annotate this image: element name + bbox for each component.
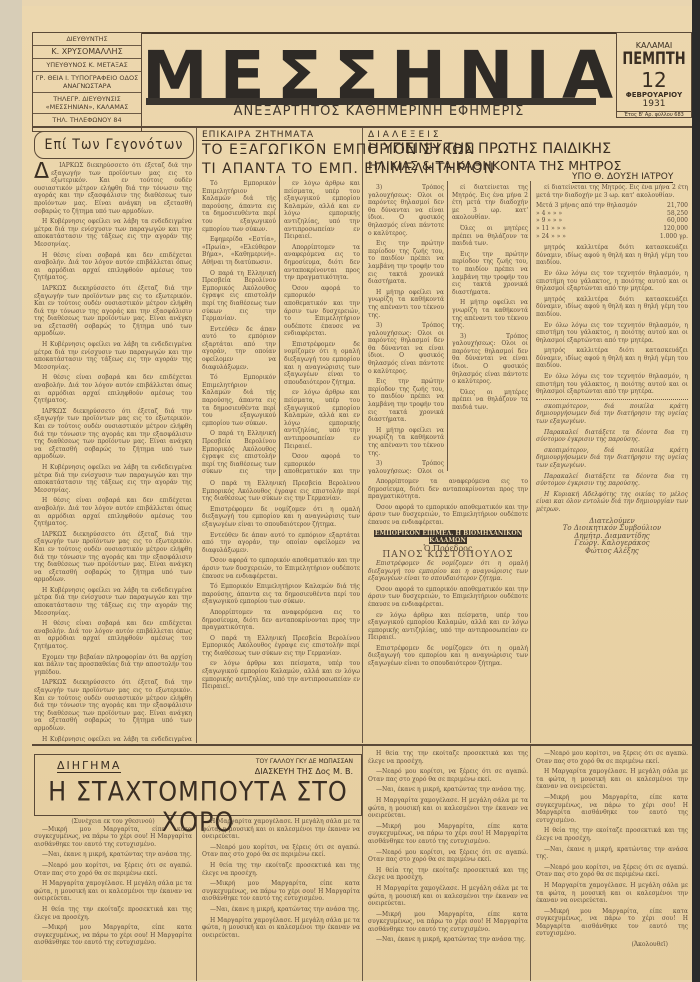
paragraph: Εν όλω λόγω εις τον τεχνητόν θηλασμόν, η…	[536, 270, 688, 293]
paragraph: ΙΑΡΚΩΣ διεκηρύσσετο ότι έξεταζ διά την ε…	[34, 531, 192, 584]
paragraph: Ο παρά τη Ελληνική Πρεσβεία Βερολίνου Εμ…	[202, 635, 360, 658]
story-author-credit: ΤΟΥ ΓΑΛΛΟΥ ΓΚΥ ΔΕ ΜΩΠΑΣΣΑΝ	[256, 758, 353, 765]
paragraph: Η μήτηρ οφείλει να γνωρίζη τα καθήκοντά …	[368, 289, 444, 319]
paragraph: —Μικρή μου Μαργαρίτα, είπε κατα συγκεχυμ…	[202, 880, 360, 903]
article-text-continued: Απορρίπτομεν τα αναφερόμενα εις το δημοσ…	[368, 478, 528, 743]
paragraph: Επιστρέφομεν δε νομίζομεν ότι η ομαλή δι…	[202, 506, 360, 529]
drop-cap: Δ	[34, 162, 49, 182]
paragraph: Η Κυριακή Αδελφότης της οικίας το μέλος …	[536, 491, 688, 514]
column-rule	[447, 181, 448, 471]
office-address: ΓΡ. ΘΕΙΑ Ι. ΤΥΠΟΓΡΑΦΕΙΟ ΟΔΟΣ ΑΝΑΓΝΩΣΤΑΡΑ	[33, 72, 141, 93]
date-box: ΚΑΛΑΜΑΙ ΠΕΜΠΤΗ 12 ΦΕΒΡΟΥΑΡΙΟΥ 1931 Έτος …	[616, 32, 692, 118]
column-1-article: Δ ΙΑΡΚΩΣ διεκηρύσσετο ότι έξεταζ διά την…	[34, 162, 192, 742]
director-name: Κ. ΧΡΥΣΟΜΑΛΛΗΣ	[33, 46, 141, 59]
column-rule	[279, 176, 280, 476]
story-text: Η Μαργαρίτα χαμογέλασε. Η μεγάλη σάλα με…	[202, 818, 360, 980]
paragraph: —Νεαρό μου κορίτσι, να ξέρεις ότι σε αγα…	[368, 849, 528, 864]
paragraph: Εις την πρώτην περίοδον της ζωής του, το…	[368, 378, 444, 424]
paragraph: Ο παρά τη Ελληνική Πρεσβεία Βερολίνου Εμ…	[202, 480, 360, 503]
paragraph: Η Κυβέρνησις οφείλει να λάβη τα ενδεδειγ…	[34, 464, 192, 494]
scan-edge	[692, 0, 700, 982]
story-text: (Συνέχεια εκ του χθεσινού) —Μικρή μου Μα…	[34, 818, 192, 980]
paragraph: Εφημερίδα «Εστία», «Πρωία», «Ελεύθερον Β…	[202, 236, 276, 266]
table-row: » 24 » » »1.000 γρ.	[536, 233, 688, 241]
paragraph: Η θεία της την εκοίταζε προσεκτικά και τ…	[368, 867, 528, 882]
column-rule	[530, 746, 531, 981]
paragraph: εί διατείνεται της Μητρός. Εις ένα μήνα …	[536, 184, 688, 199]
month: ΦΕΒΡΟΥΑΡΙΟΥ	[617, 91, 691, 99]
paragraph: —Μικρή μου Μαργαρίτα, είπε κατα συγκεχυμ…	[368, 823, 528, 846]
column-rule	[196, 128, 197, 743]
section-kicker: ΔΙΑΛΕΞΕΙΣ	[368, 130, 442, 141]
paragraph: Όσον αφορά το εμπορικόν αποθεματικόν και…	[284, 453, 360, 475]
paragraph: Η θέσις είναι σοβαρά και δεν επιδέχεται …	[34, 497, 192, 527]
paragraph: 3) Τρόπος γαλουχήσεως: Ολοι οι παρόντες …	[452, 333, 528, 386]
paragraph: Η θέσις είναι σοβαρά και δεν επιδέχεται …	[34, 252, 192, 282]
paragraph: Η Κυβέρνησις οφείλει να λάβη τα ενδεδειγ…	[34, 736, 192, 742]
phone-number: ΤΗΛ. ΤΗΛΕΦΩΝΟΥ 84	[33, 114, 141, 126]
paragraph: Απορρίπτομεν τα αναφερόμενα εις το δημοσ…	[368, 478, 528, 501]
masthead: ΜΕΣΣΗΝΙΑ ΑΝΕΞΑΡΤΗΤΟΣ ΚΑΘΗΜΕΡΙΝΗ ΕΦΗΜΕΡΙΣ	[142, 32, 616, 126]
paragraph: Ο παρά τη Ελληνική Πρεσβεία Βερολίνου Εμ…	[202, 430, 276, 475]
table-row: » 11 » » »120,000	[536, 225, 688, 233]
editor-line: ΥΠΕΥΘΥΝΟΣ Κ. ΜΕΤΑΞΑΣ	[33, 59, 141, 72]
paragraph: Όσον αφορά το εμπορικόν αποθεματικόν και…	[368, 586, 528, 609]
paragraph: εν λόγω άρθρω και πείσματα, υπέρ του εξα…	[202, 660, 360, 690]
headline: Η ΥΓΙΕΙΝΗ ΤΗΣ ΠΡΩΤΗΣ ΠΑΙΔΙΚΗΣ	[368, 141, 698, 157]
paragraph: Τό Εμπορικόν Επιμελητήριον Καλαμών διά τ…	[202, 374, 276, 427]
paragraph: εί διατείνεται της Μητρός. Εις ένα μήνα …	[452, 184, 528, 222]
paragraph: —Νεαρό μου κορίτσι, να ξέρεις ότι σε αγα…	[368, 768, 528, 783]
paragraph: Η μήτηρ οφείλει να γνωρίζη τα καθήκοντά …	[368, 427, 444, 457]
paragraph: —Μικρή μου Μαργαρίτα, είπε κατα συγκεχυμ…	[536, 794, 688, 824]
weight-table: Μετά 3 μήνας από την θηλασμόν21,700 » 4 …	[536, 202, 688, 240]
section-kicker: ΕΠΙΚΑΙΡΑ ΖΗΤΗΜΑΤΑ	[202, 130, 314, 141]
paragraph: Επιστρέφομεν δε νομίζομεν ότι η ομαλή δι…	[284, 341, 360, 387]
paragraph: Όσον αφορά το εμπορικόν αποθεματικόν και…	[368, 504, 528, 527]
masthead-info-box: ΔΙΕΥΘΥΝΤΗΣ Κ. ΧΡΥΣΟΜΑΛΛΗΣ ΥΠΕΥΘΥΝΟΣ Κ. Μ…	[32, 32, 142, 132]
paragraph: Εις την πρώτην περίοδον της ζωής του, το…	[368, 240, 444, 286]
paragraph: Η Μαργαρίτα χαμογέλασε. Η μεγάλη σάλα με…	[202, 917, 360, 940]
article-text: Τό Εμπορικόν Επιμελητήριον Καλαμών διά τ…	[202, 180, 276, 475]
paragraph: Παρακαλεί διατάξετε τα δέοντα δια τη σύν…	[536, 429, 688, 444]
signature-org: ΕΜΠΟΡΙΚΟΝ ΕΠΙΜΕΛ. Η ΒΙΟΜΗΧΑΝΙΚΟΝ ΚΑΛΑΜΩΝ	[368, 530, 528, 545]
article-text-continued: Ο παρά τη Ελληνική Πρεσβεία Βερολίνου Εμ…	[202, 480, 360, 742]
paragraph: —Μικρή μου Μαργαρίτα, είπε κατα συγκεχυμ…	[34, 924, 192, 947]
paragraph: ΙΑΡΚΩΣ διεκηρύσσετο ότι έξεταζ διά την ε…	[34, 679, 192, 732]
column-title-box: Επί Των Γεγονότων	[34, 131, 194, 159]
paragraph: σκοπιμότερον, διά ποικίλα κράτη δημιουργ…	[536, 399, 688, 426]
paragraph: Εν όλω λόγω εις τον τεχνητόν θηλασμόν, η…	[536, 322, 688, 345]
column-title: Επί Των Γεγονότων	[45, 137, 184, 153]
byline: ΥΠΟ Θ. ΔΟΥΣΗ ΙΑΤΡΟΥ	[572, 172, 673, 183]
paragraph: Η Μαργαρίτα χαμογέλασε. Η μεγάλη σάλα με…	[368, 885, 528, 908]
paragraph: Απορρίπτομεν τα αναφερόμενα εις το δημοσ…	[284, 244, 360, 282]
story-header-box: ΔΙΗΓΗΜΑ ΤΟΥ ΓΑΛΛΟΥ ΓΚΥ ΔΕ ΜΩΠΑΣΣΑΝ ΔΙΑΣΚ…	[34, 754, 362, 816]
paragraph: μητρός καλλιτέρα διότι κατασκευάζει δύνα…	[536, 296, 688, 319]
paragraph: —Μικρή μου Μαργαρίτα, είπε κατα συγκεχυμ…	[368, 911, 528, 934]
column-rule	[530, 181, 531, 743]
paragraph: 3) Τρόπος γαλουχήσεως: Ολοι οι παρόντες …	[368, 460, 444, 474]
paragraph: —Ναι, έκανε η μικρή, κρατώντας την ανάσα…	[34, 851, 192, 859]
paragraph: 3) Τρόπος γαλουχήσεως: Ολοι οι παρόντες …	[368, 184, 444, 237]
paragraph: Η θεία της την εκοίταζε προσεκτικά και τ…	[34, 906, 192, 921]
paragraph: 3) Τρόπος γαλουχήσεως: Ολοι οι παρόντες …	[368, 322, 444, 375]
issue-number: Έτος Β' Αρ. φύλλου 683	[617, 111, 691, 118]
paragraph: εν λόγω άρθρω και πείσματα, υπέρ του εξα…	[284, 389, 360, 450]
paragraph: εν λόγω άρθρω και πείσματα, υπέρ του εξα…	[284, 180, 360, 241]
paragraph: —Νεαρό μου κορίτσι, να ξέρεις ότι σε αγα…	[34, 862, 192, 877]
paragraph: Η μήτηρ οφείλει να γνωρίζη τα καθήκοντά …	[452, 299, 528, 329]
paragraph: Όλες οι μητέρες πρέπει να θηλάζουν τα πα…	[452, 389, 528, 412]
newspaper-page: ΔΙΕΥΘΥΝΤΗΣ Κ. ΧΡΥΣΟΜΑΛΛΗΣ ΥΠΕΥΘΥΝΟΣ Κ. Μ…	[22, 6, 694, 980]
paragraph: Η Κυβέρνησις οφείλει να λάβη τα ενδεδειγ…	[34, 587, 192, 617]
paragraph: Η θέσις είναι σοβαρά και δεν επιδέχεται …	[34, 374, 192, 404]
paragraph: Απορρίπτομεν τα αναφερόμενα εις το δημοσ…	[202, 609, 360, 632]
paragraph: Ο παρά τη Ελληνική Πρεσβεία Βερολίνου Εμ…	[202, 270, 276, 323]
paragraph: Εντεύθεν δε άπαν αυτό το εμπόριον εξαρτά…	[202, 326, 276, 372]
paragraph: Εχομεν την βεβαίαν πληροφορίαν ότι θα αρ…	[34, 654, 192, 677]
story-adaptation-credit: ΔΙΑΣΚΕΥΗ ΤΗΣ Δος Μ. Β.	[255, 767, 353, 776]
paragraph: Η Μαργαρίτα χαμογέλασε. Η μεγάλη σάλα με…	[202, 818, 360, 841]
paragraph: Εν όλω λόγω εις τον τεχνητόν θηλασμόν, η…	[536, 373, 688, 396]
paragraph: —Νεαρό μου κορίτσι, να ξέρεις ότι σε αγα…	[536, 864, 688, 879]
article-text: εν λόγω άρθρω και πείσματα, υπέρ του εξα…	[284, 180, 360, 475]
paragraph: Παρακαλεί διατάξετε τα δέοντα δια τη σύν…	[536, 473, 688, 488]
paragraph: Η Μαργαρίτα χαμογέλασε. Η μεγάλη σάλα με…	[368, 797, 528, 820]
signature-name: ΠΑΝΟΣ ΚΩΣΤΟΠΟΥΛΟΣ	[368, 552, 528, 560]
paragraph: —Ναι, έκανε η μικρή, κρατώντας την ανάσα…	[368, 786, 528, 794]
paragraph: —Νεαρό μου κορίτσι, να ξέρεις ότι σε αγα…	[202, 844, 360, 859]
paragraph: Όλες οι μητέρες πρέπει να θηλάζουν τα πα…	[452, 225, 528, 248]
paragraph: εν λόγω άρθρω και πείσματα, υπέρ του εξα…	[368, 612, 528, 642]
story-kicker: ΔΙΗΓΗΜΑ	[57, 759, 121, 773]
paragraph: —Μικρή μου Μαργαρίτα, είπε κατα συγκεχυμ…	[536, 908, 688, 938]
paragraph: Η θεία της την εκοίταζε προσεκτικά και τ…	[202, 862, 360, 877]
article-text: εί διατείνεται της Μητρός. Εις ένα μήνα …	[452, 184, 528, 474]
paragraph: σκοπιμότερον, διά ποικίλα κράτη δημιουργ…	[536, 447, 688, 470]
paragraph: ΙΑΡΚΩΣ διεκηρύσσετο ότι έξεταζ διά την ε…	[34, 285, 192, 338]
paragraph: Η θεία της την εκοίταζε προσεκτικά και τ…	[368, 750, 528, 765]
paragraph: Εντεύθεν δε άπαν αυτό το εμπόριον εξαρτά…	[202, 532, 360, 555]
day-number: 12	[617, 69, 691, 91]
paragraph: Εις την πρώτην περίοδον της ζωής του, το…	[452, 251, 528, 297]
paragraph: —Ναι, έκανε η μικρή, κρατώντας την ανάσα…	[202, 906, 360, 914]
paragraph: Η Μαργαρίτα χαμογέλασε. Η μεγάλη σάλα με…	[536, 882, 688, 905]
paragraph: Η Κυβέρνησις οφείλει να λάβη τα ενδεδειγ…	[34, 341, 192, 371]
column-rule	[196, 816, 197, 981]
weekday: ΠΕΜΠΤΗ	[617, 50, 691, 70]
story-continuation-note: (Συνέχεια εκ του χθεσινού)	[34, 818, 192, 826]
newspaper-subtitle: ΑΝΕΞΑΡΤΗΤΟΣ ΚΑΘΗΜΕΡΙΝΗ ΕΦΗΜΕΡΙΣ	[142, 104, 616, 119]
paragraph: Η θεία της την εκοίταζε προσεκτικά και τ…	[536, 827, 688, 842]
paragraph: Η Μαργαρίτα χαμογέλασε. Η μεγάλη σάλα με…	[536, 768, 688, 791]
table-row: » 9 » » »60,000	[536, 217, 688, 225]
signoff-line: Φώτιος Αλέξης	[536, 548, 688, 556]
paragraph: Τό Εμπορικόν Επιμελητήριον Καλαμών διά τ…	[202, 583, 360, 606]
paragraph: —Ναι, έκανε η μικρή, κρατώντας την ανάσα…	[536, 846, 688, 861]
paragraph: Επιστρέφομεν δε νομίζομεν ότι η ομαλή δι…	[368, 560, 528, 583]
paragraph: Όσον αφορά το εμπορικόν αποθεματικόν και…	[284, 285, 360, 338]
table-row: Μετά 3 μήνας από την θηλασμόν21,700	[536, 202, 688, 210]
column-rule	[362, 746, 363, 981]
paragraph: Όσον αφορά το εμπορικόν αποθεματικόν και…	[202, 557, 360, 580]
paragraph: —Ναι, έκανε η μικρή, κρατώντας την ανάσα…	[368, 936, 528, 944]
column-rule	[362, 128, 363, 743]
paragraph: Η θέσις είναι σοβαρά και δεν επιδέχεται …	[34, 620, 192, 650]
paragraph: μητρός καλλιτέρα διότι κατασκευάζει δύνα…	[536, 244, 688, 267]
year: 1931	[617, 99, 691, 109]
story-text: Η θεία της την εκοίταζε προσεκτικά και τ…	[368, 750, 528, 980]
paragraph: Η Μαργαρίτα χαμογέλασε. Η μεγάλη σάλα με…	[34, 880, 192, 903]
city: ΚΑΛΑΜΑΙ	[617, 41, 691, 50]
paragraph: Η Κυβέρνησις οφείλει να λάβη τα ενδεδειγ…	[34, 218, 192, 248]
article-text: 3) Τρόπος γαλουχήσεως: Ολοι οι παρόντες …	[368, 184, 444, 474]
paragraph: Επιστρέφομεν δε νομίζομεν ότι η ομαλή δι…	[368, 645, 528, 668]
paragraph: —Νεαρό μου κορίτσι, να ξέρεις ότι σε αγα…	[536, 750, 688, 765]
article-text-column-4: εί διατείνεται της Μητρός. Εις ένα μήνα …	[536, 184, 688, 744]
subheadline: ΗΛΙΚΙΑΣ & ΤΑ ΚΑΘΗΚΟΝΤΑ ΤΗΣ ΜΗΤΡΟΣ	[368, 158, 698, 173]
telegraph-address: ΤΗΛΕΓΡ. ΔΙΕΥΘΥΝΣΙΣ «ΜΕΣΣΗΝΙΑΝ», ΚΑΛΑΜΑΣ	[33, 93, 141, 114]
director-label: ΔΙΕΥΘΥΝΤΗΣ	[33, 33, 141, 46]
story-text: —Νεαρό μου κορίτσι, να ξέρεις ότι σε αγα…	[536, 750, 688, 980]
table-row: » 4 » » »58,250	[536, 210, 688, 218]
paragraph: Τό Εμπορικόν Επιμελητήριον Καλαμών διά τ…	[202, 180, 276, 233]
paragraph: ΙΑΡΚΩΣ διεκηρύσσετο ότι έξεταζ διά την ε…	[34, 408, 192, 461]
paragraph: —Μικρή μου Μαργαρίτα, είπε κατα συγκεχυμ…	[34, 826, 192, 849]
to-be-continued: (Ἀκολουθεῖ)	[536, 941, 688, 949]
paragraph: μητρός καλλιτέρα διότι κατασκευάζει δύνα…	[536, 347, 688, 370]
paragraph: ΙΑΡΚΩΣ διεκηρύσσετο ότι έξεταζ διά την ε…	[34, 162, 192, 215]
page-margin	[0, 0, 22, 982]
